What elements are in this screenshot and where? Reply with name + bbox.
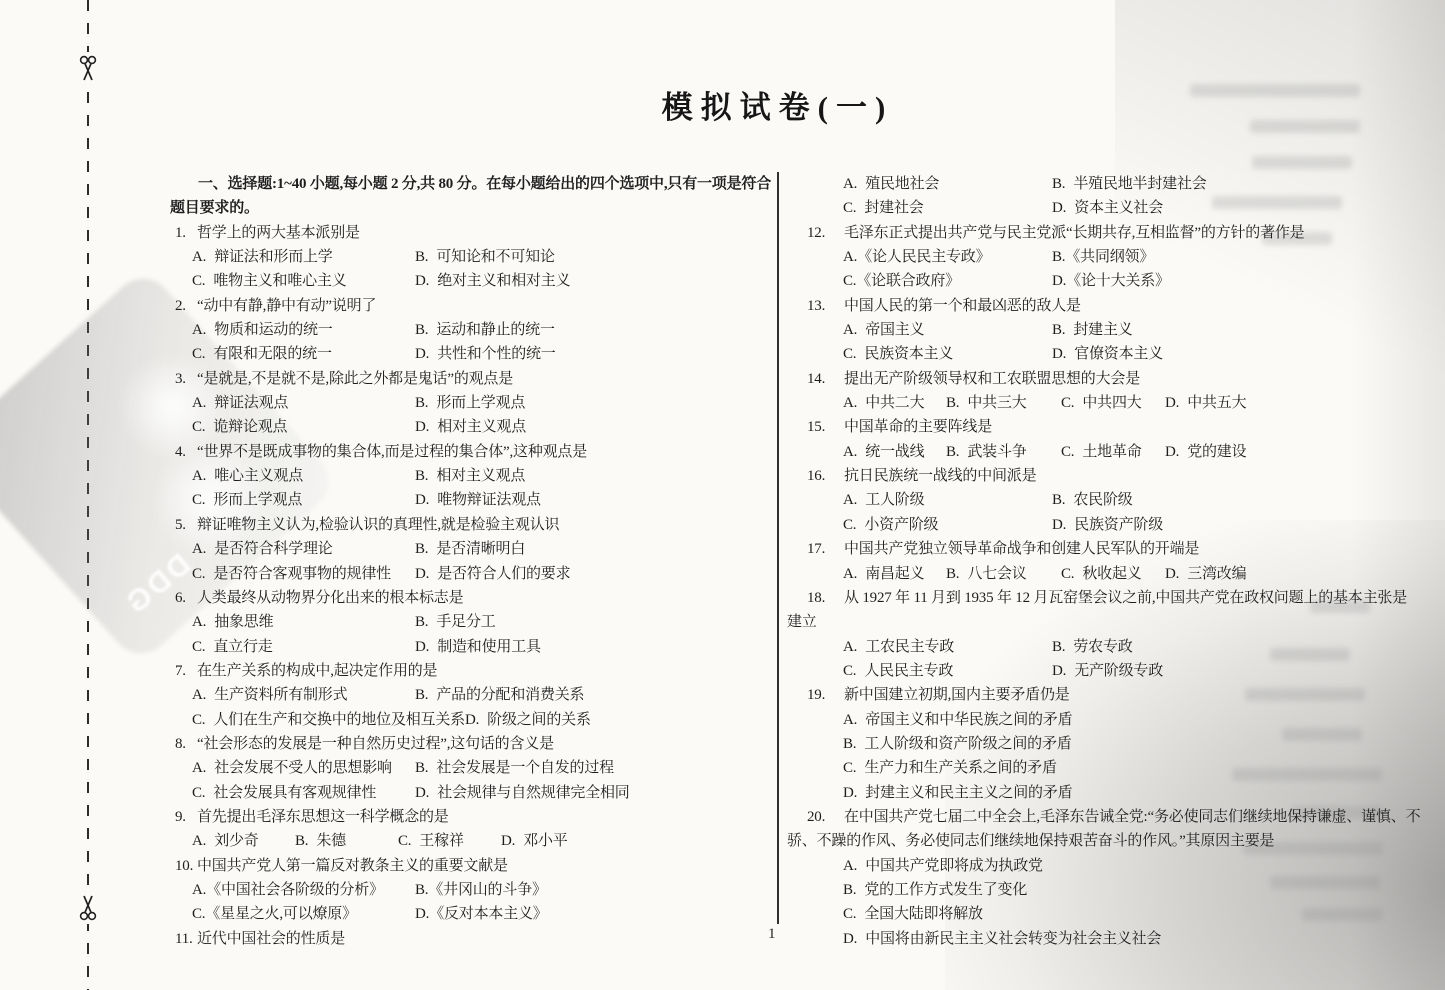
question-text: “动中有静,静中有动”说明了: [197, 298, 376, 314]
option-text: 《星星之火,可以燎原》: [205, 906, 357, 922]
option-text: 封建主义和民主主义之间的矛盾: [865, 785, 1072, 801]
option-text: 《中国社会各阶级的分析》: [206, 882, 384, 898]
option-D: D.绝对主义和相对主义: [415, 269, 570, 293]
option-D: D.党的建设: [1165, 440, 1246, 464]
left-column: 一、选择题:1~40 小题,每小题 2 分,共 80 分。在每小题给出的四个选项…: [170, 172, 770, 951]
option-B: B.武装斗争: [946, 440, 1061, 464]
option-B: B.社会发展是一个自发的过程: [415, 756, 614, 780]
option-label: C.: [843, 906, 856, 922]
options-row: C.封建社会D.资本主义社会: [787, 196, 1349, 220]
option-text: 共性和个性的统一: [437, 346, 555, 362]
option-text: 八七会议: [967, 566, 1026, 582]
option-A: A.辩证法和形而上学: [192, 245, 415, 269]
question-line: 9.首先提出毛泽东思想这一科学概念的是: [170, 805, 770, 829]
option-D: D.阶级之间的关系: [465, 708, 591, 732]
option-text: 生产资料所有制形式: [214, 687, 347, 703]
question-text: 近代中国社会的性质是: [197, 931, 345, 947]
option-label: B.: [415, 249, 428, 265]
options-row: C.《论联合政府》D.《论十大关系》: [787, 269, 1349, 293]
option-label: A.: [192, 249, 206, 265]
option-A: A.生产资料所有制形式: [192, 683, 415, 707]
question-line: 17.中国共产党独立领导革命战争和创建人民军队的开端是: [787, 537, 1349, 561]
option-D: D.民族资产阶级: [1052, 513, 1163, 537]
options-continuation: A.殖民地社会B.半殖民地半封建社会C.封建社会D.资本主义社会: [787, 172, 1349, 221]
option-text: 南昌起义: [865, 566, 924, 582]
option-A: A.工农民主专政: [843, 635, 1052, 659]
question-line: 15.中国革命的主要阵线是: [787, 415, 1349, 439]
option-text: 相对主义观点: [436, 468, 525, 484]
option-text: 《井冈山的斗争》: [428, 882, 546, 898]
question-text: 中国革命的主要阵线是: [844, 419, 992, 435]
option-label: D.: [1052, 273, 1066, 289]
question-number: 13.: [807, 294, 844, 318]
option-text: 运动和静止的统一: [436, 322, 554, 338]
question-13: 13.中国人民的第一个和最凶恶的敌人是A.帝国主义B.封建主义C.民族资本主义D…: [787, 294, 1349, 367]
option-B: B.农民阶级: [1052, 488, 1133, 512]
option-text: 社会发展是一个自发的过程: [436, 760, 614, 776]
question-8: 8.“社会形态的发展是一种自然历史过程”,这句话的含义是A.社会发展不受人的思想…: [170, 732, 770, 805]
option-label: C.: [843, 200, 856, 216]
option-C: C.秋收起义: [1061, 562, 1165, 586]
question-text-continuation: 骄、不躁的作风、务必使同志们继续地保持艰苦奋斗的作风。”其原因主要是: [787, 829, 1349, 853]
option-B: B.劳农专政: [1052, 635, 1133, 659]
option-C: C.唯物主义和唯心主义: [192, 269, 415, 293]
option-label: A.: [192, 760, 206, 776]
option-A: A.社会发展不受人的思想影响: [192, 756, 415, 780]
option-text: 中国共产党即将成为执政党: [865, 858, 1043, 874]
option-text: 社会发展具有客观规律性: [213, 785, 376, 801]
options-row: A.中共二大B.中共三大C.中共四大D.中共五大: [787, 391, 1349, 415]
options-row: A.南昌起义B.八七会议C.秋收起义D.三湾改编: [787, 562, 1349, 586]
option-text: 中共三大: [967, 395, 1026, 411]
option-C: C.形而上学观点: [192, 488, 415, 512]
question-text: 辩证唯物主义认为,检验认识的真理性,就是检验主观认识: [197, 517, 559, 533]
option-text: 邓小平: [523, 833, 567, 849]
option-text: 社会发展不受人的思想影响: [214, 760, 392, 776]
option-label: C.: [192, 785, 205, 801]
column-divider: [777, 172, 779, 924]
option-text: 半殖民地半封建社会: [1073, 176, 1206, 192]
option-label: A.: [843, 566, 857, 582]
options-row: C.直立行走D.制造和使用工具: [170, 635, 770, 659]
option-label: D.: [501, 833, 515, 849]
option-C: C.诡辩论观点: [192, 415, 415, 439]
option-text: 中共五大: [1187, 395, 1246, 411]
option-label: D.: [843, 931, 857, 947]
options-row: A.帝国主义和中华民族之间的矛盾: [787, 708, 1349, 732]
options-row: A.工农民主专政B.劳农专政: [787, 635, 1349, 659]
option-label: A.: [843, 322, 857, 338]
question-text: 在生产关系的构成中,起决定作用的是: [197, 663, 437, 679]
option-C: C.人们在生产和交换中的地位及相互关系: [192, 708, 465, 732]
option-label: C.: [843, 517, 856, 533]
option-A: A.中国共产党即将成为执政党: [843, 854, 1043, 878]
option-A: A.唯心主义观点: [192, 464, 415, 488]
option-C: C.社会发展具有客观规律性: [192, 781, 415, 805]
scissors-icon: [76, 892, 100, 924]
option-label: C.: [192, 566, 205, 582]
option-label: B.: [415, 468, 428, 484]
option-B: B.相对主义观点: [415, 464, 525, 488]
question-number: 20.: [807, 805, 844, 829]
options-row: A.抽象思维B.手足分工: [170, 610, 770, 634]
option-A: A.辩证法观点: [192, 391, 415, 415]
question-number: 19.: [807, 683, 844, 707]
option-text: 小资产阶级: [864, 517, 938, 533]
option-D: D.中国将由新民主主义社会转变为社会主义社会: [843, 927, 1161, 951]
option-text: 有限和无限的统一: [213, 346, 331, 362]
question-number: 12.: [807, 221, 844, 245]
question-number: 3.: [175, 367, 197, 391]
option-D: D.资本主义社会: [1052, 196, 1163, 220]
options-row: A.帝国主义B.封建主义: [787, 318, 1349, 342]
options-row: C.生产力和生产关系之间的矛盾: [787, 756, 1349, 780]
question-text: 哲学上的两大基本派别是: [197, 225, 360, 241]
option-B: B.封建主义: [1052, 318, 1133, 342]
question-number: 2.: [175, 294, 197, 318]
option-text: 辩证法观点: [214, 395, 288, 411]
question-number: 4.: [175, 440, 197, 464]
question-11: 11.近代中国社会的性质是: [170, 927, 770, 951]
option-text: 唯物主义和唯心主义: [213, 273, 346, 289]
option-text: 抽象思维: [214, 614, 273, 630]
option-text: 殖民地社会: [865, 176, 939, 192]
option-text: 帝国主义和中华民族之间的矛盾: [865, 712, 1072, 728]
option-label: D.: [843, 785, 857, 801]
option-label: C.: [1061, 444, 1074, 460]
question-number: 8.: [175, 732, 197, 756]
question-line: 11.近代中国社会的性质是: [170, 927, 770, 951]
question-18: 18.从 1927 年 11 月到 1935 年 12 月瓦窑堡会议之前,中国共…: [787, 586, 1349, 683]
option-label: B.: [415, 541, 428, 557]
question-19: 19.新中国建立初期,国内主要矛盾仍是A.帝国主义和中华民族之间的矛盾B.工人阶…: [787, 683, 1349, 805]
question-text: “是就是,不是就不是,除此之外都是鬼话”的观点是: [197, 371, 513, 387]
question-number: 14.: [807, 367, 844, 391]
option-C: C.人民民主专政: [843, 659, 1052, 683]
question-number: 11.: [175, 927, 197, 951]
option-D: D.共性和个性的统一: [415, 342, 556, 366]
option-D: D.官僚资本主义: [1052, 342, 1163, 366]
question-line: 18.从 1927 年 11 月到 1935 年 12 月瓦窑堡会议之前,中国共…: [787, 586, 1349, 610]
option-label: D.: [1052, 346, 1066, 362]
option-text: 辩证法和形而上学: [214, 249, 332, 265]
question-text: 抗日民族统一战线的中间派是: [844, 468, 1036, 484]
option-text: 制造和使用工具: [437, 639, 541, 655]
option-label: C.: [843, 273, 856, 289]
option-label: D.: [1052, 663, 1066, 679]
question-text: 中国人民的第一个和最凶恶的敌人是: [844, 298, 1081, 314]
option-label: A.: [192, 882, 206, 898]
options-row: D.中国将由新民主主义社会转变为社会主义社会: [787, 927, 1349, 951]
option-label: B.: [415, 395, 428, 411]
option-label: A.: [192, 468, 206, 484]
option-D: D.封建主义和民主主义之间的矛盾: [843, 781, 1072, 805]
option-label: D.: [415, 785, 429, 801]
option-label: C.: [192, 273, 205, 289]
question-text-continuation: 建立: [787, 610, 1349, 634]
question-2: 2.“动中有静,静中有动”说明了A.物质和运动的统一B.运动和静止的统一C.有限…: [170, 294, 770, 367]
question-3: 3.“是就是,不是就不是,除此之外都是鬼话”的观点是A.辩证法观点B.形而上学观…: [170, 367, 770, 440]
option-D: D.相对主义观点: [415, 415, 526, 439]
option-D: D.是否符合人们的要求: [415, 562, 570, 586]
option-label: B.: [415, 760, 428, 776]
option-text: 三湾改编: [1187, 566, 1246, 582]
section-header-line: 题目要求的。: [170, 196, 770, 220]
options-row: A.《论人民民主专政》B.《共同纲领》: [787, 245, 1349, 269]
options-row: A.工人阶级B.农民阶级: [787, 488, 1349, 512]
option-label: D.: [415, 273, 429, 289]
question-number: 5.: [175, 513, 197, 537]
option-text: 民族资产阶级: [1074, 517, 1163, 533]
option-B: B.形而上学观点: [415, 391, 525, 415]
option-text: 官僚资本主义: [1074, 346, 1163, 362]
section-header-line: 一、选择题:1~40 小题,每小题 2 分,共 80 分。在每小题给出的四个选项…: [170, 172, 770, 196]
option-label: D.: [1052, 200, 1066, 216]
option-B: B.产品的分配和消费关系: [415, 683, 584, 707]
option-label: D.: [415, 492, 429, 508]
option-C: C.土地革命: [1061, 440, 1165, 464]
option-label: B.: [1052, 176, 1065, 192]
option-label: B.: [843, 882, 856, 898]
option-A: A.帝国主义: [843, 318, 1052, 342]
option-label: B.: [843, 736, 856, 752]
option-B: B.《共同纲领》: [1052, 245, 1154, 269]
option-text: 手足分工: [436, 614, 495, 630]
section-header: 一、选择题:1~40 小题,每小题 2 分,共 80 分。在每小题给出的四个选项…: [170, 172, 770, 221]
question-text: 毛泽东正式提出共产党与民主党派“长期共存,互相监督”的方针的著作是: [844, 225, 1304, 241]
option-label: B.: [946, 566, 959, 582]
option-B: B.可知论和不可知论: [415, 245, 555, 269]
option-text: 农民阶级: [1073, 492, 1132, 508]
question-line: 14.提出无产阶级领导权和工农联盟思想的大会是: [787, 367, 1349, 391]
option-label: A.: [843, 858, 857, 874]
question-14: 14.提出无产阶级领导权和工农联盟思想的大会是A.中共二大B.中共三大C.中共四…: [787, 367, 1349, 416]
option-D: D.三湾改编: [1165, 562, 1246, 586]
option-A: A.殖民地社会: [843, 172, 1052, 196]
question-number: 7.: [175, 659, 197, 683]
option-A: A.《中国社会各阶级的分析》: [192, 878, 415, 902]
question-number: 15.: [807, 415, 844, 439]
option-C: C.封建社会: [843, 196, 1052, 220]
option-A: A.刘少奇: [192, 829, 295, 853]
option-text: 是否符合客观事物的规律性: [213, 566, 391, 582]
option-label: A.: [843, 249, 857, 265]
option-text: 是否清晰明白: [436, 541, 525, 557]
option-text: 人民民主专政: [864, 663, 953, 679]
option-text: 中共四大: [1082, 395, 1141, 411]
option-C: C.小资产阶级: [843, 513, 1052, 537]
option-text: 无产阶级专政: [1074, 663, 1163, 679]
question-text: 提出无产阶级领导权和工农联盟思想的大会是: [844, 371, 1140, 387]
option-text: 相对主义观点: [437, 419, 526, 435]
option-text: 劳农专政: [1073, 639, 1132, 655]
question-text: 人类最终从动物界分化出来的根本标志是: [197, 590, 463, 606]
option-text: 工农民主专政: [865, 639, 954, 655]
options-row: C.唯物主义和唯心主义D.绝对主义和相对主义: [170, 269, 770, 293]
option-text: 王稼祥: [419, 833, 463, 849]
question-line: 20.在中国共产党七届二中全会上,毛泽东告诫全党:“务必使同志们继续地保持谦虚、…: [787, 805, 1349, 829]
question-number: 1.: [175, 221, 197, 245]
options-row: D.封建主义和民主主义之间的矛盾: [787, 781, 1349, 805]
option-C: C.民族资本主义: [843, 342, 1052, 366]
option-label: D.: [415, 639, 429, 655]
question-5: 5.辩证唯物主义认为,检验认识的真理性,就是检验主观认识A.是否符合科学理论B.…: [170, 513, 770, 586]
question-number: 10.: [175, 854, 197, 878]
question-4: 4.“世界不是既成事物的集合体,而是过程的集合体”,这种观点是A.唯心主义观点B…: [170, 440, 770, 513]
option-text: 是否符合人们的要求: [437, 566, 570, 582]
option-B: B.八七会议: [946, 562, 1061, 586]
right-column: A.殖民地社会B.半殖民地半封建社会C.封建社会D.资本主义社会12.毛泽东正式…: [787, 172, 1349, 951]
option-label: A.: [843, 395, 857, 411]
question-text: 中国共产党人第一篇反对教条主义的重要文献是: [197, 858, 508, 874]
option-label: B.: [295, 833, 308, 849]
option-label: B.: [1052, 639, 1065, 655]
option-label: B.: [415, 322, 428, 338]
option-text: 秋收起义: [1082, 566, 1141, 582]
option-B: B.是否清晰明白: [415, 537, 525, 561]
option-text: 绝对主义和相对主义: [437, 273, 570, 289]
option-text: 形而上学观点: [436, 395, 525, 411]
option-label: C.: [192, 906, 205, 922]
option-B: B.中共三大: [946, 391, 1061, 415]
option-label: C.: [192, 712, 205, 728]
option-D: D.社会规律与自然规律完全相同: [415, 781, 630, 805]
option-text: 土地革命: [1082, 444, 1141, 460]
option-text: 是否符合科学理论: [214, 541, 332, 557]
scissors-icon: [76, 52, 100, 84]
option-text: 民族资本主义: [864, 346, 953, 362]
question-line: 16.抗日民族统一战线的中间派是: [787, 464, 1349, 488]
options-row: A.辩证法和形而上学B.可知论和不可知论: [170, 245, 770, 269]
option-A: A.是否符合科学理论: [192, 537, 415, 561]
option-text: 形而上学观点: [213, 492, 302, 508]
option-text: 物质和运动的统一: [214, 322, 332, 338]
option-label: A.: [192, 541, 206, 557]
option-B: B.工人阶级和资产阶级之间的矛盾: [843, 732, 1072, 756]
option-label: A.: [192, 687, 206, 703]
question-number: 18.: [807, 586, 844, 610]
option-D: D.《论十大关系》: [1052, 269, 1170, 293]
option-C: C.有限和无限的统一: [192, 342, 415, 366]
question-line: 12.毛泽东正式提出共产党与民主党派“长期共存,互相监督”的方针的著作是: [787, 221, 1349, 245]
option-label: A.: [843, 492, 857, 508]
option-text: 《反对本本主义》: [429, 906, 547, 922]
question-line: 7.在生产关系的构成中,起决定作用的是: [170, 659, 770, 683]
option-C: C.直立行走: [192, 635, 415, 659]
option-label: A.: [843, 176, 857, 192]
option-label: C.: [398, 833, 411, 849]
question-17: 17.中国共产党独立领导革命战争和创建人民军队的开端是A.南昌起义B.八七会议C…: [787, 537, 1349, 586]
option-label: B.: [946, 395, 959, 411]
option-text: 工人阶级和资产阶级之间的矛盾: [864, 736, 1071, 752]
option-label: C.: [843, 663, 856, 679]
option-text: 资本主义社会: [1074, 200, 1163, 216]
option-label: D.: [1165, 566, 1179, 582]
option-label: B.: [1052, 322, 1065, 338]
option-A: A.抽象思维: [192, 610, 415, 634]
question-text: 从 1927 年 11 月到 1935 年 12 月瓦窑堡会议之前,中国共产党在…: [844, 590, 1407, 606]
question-text: 首先提出毛泽东思想这一科学概念的是: [197, 809, 449, 825]
question-line: 3.“是就是,不是就不是,除此之外都是鬼话”的观点是: [170, 367, 770, 391]
option-text: 中国将由新民主主义社会转变为社会主义社会: [865, 931, 1161, 947]
option-text: 唯物辩证法观点: [437, 492, 541, 508]
option-text: 《论十大关系》: [1066, 273, 1170, 289]
option-text: 阶级之间的关系: [487, 712, 591, 728]
question-9: 9.首先提出毛泽东思想这一科学概念的是A.刘少奇B.朱德C.王稼祥D.邓小平: [170, 805, 770, 854]
options-row: C.民族资本主义D.官僚资本主义: [787, 342, 1349, 366]
option-text: 封建社会: [864, 200, 923, 216]
option-label: D.: [1165, 395, 1179, 411]
question-line: 2.“动中有静,静中有动”说明了: [170, 294, 770, 318]
option-text: 武装斗争: [967, 444, 1026, 460]
options-row: A.统一战线B.武装斗争C.土地革命D.党的建设: [787, 440, 1349, 464]
option-D: D.无产阶级专政: [1052, 659, 1163, 683]
option-label: A.: [843, 639, 857, 655]
option-text: 朱德: [316, 833, 346, 849]
question-20: 20.在中国共产党七届二中全会上,毛泽东告诫全党:“务必使同志们继续地保持谦虚、…: [787, 805, 1349, 951]
question-1: 1.哲学上的两大基本派别是A.辩证法和形而上学B.可知论和不可知论C.唯物主义和…: [170, 221, 770, 294]
option-text: 社会规律与自然规律完全相同: [437, 785, 629, 801]
options-row: C.《星星之火,可以燎原》D.《反对本本主义》: [170, 902, 770, 926]
option-label: D.: [415, 566, 429, 582]
question-line: 4.“世界不是既成事物的集合体,而是过程的集合体”,这种观点是: [170, 440, 770, 464]
option-D: D.中共五大: [1165, 391, 1246, 415]
option-label: D.: [465, 712, 479, 728]
option-B: B.手足分工: [415, 610, 496, 634]
option-text: 统一战线: [865, 444, 924, 460]
option-label: A.: [192, 614, 206, 630]
options-row: C.社会发展具有客观规律性D.社会规律与自然规律完全相同: [170, 781, 770, 805]
option-label: D.: [415, 419, 429, 435]
option-text: 人们在生产和交换中的地位及相互关系: [213, 712, 465, 728]
option-text: 《论人民民主专政》: [857, 249, 990, 265]
option-label: D.: [1052, 517, 1066, 533]
option-A: A.物质和运动的统一: [192, 318, 415, 342]
question-line: 1.哲学上的两大基本派别是: [170, 221, 770, 245]
options-row: C.全国大陆即将解放: [787, 902, 1349, 926]
option-A: A.工人阶级: [843, 488, 1052, 512]
option-C: C.《星星之火,可以燎原》: [192, 902, 415, 926]
option-text: 直立行走: [213, 639, 272, 655]
option-D: D.制造和使用工具: [415, 635, 541, 659]
option-A: A.统一战线: [843, 440, 946, 464]
option-label: C.: [843, 346, 856, 362]
option-text: 全国大陆即将解放: [864, 906, 982, 922]
option-text: 中共二大: [865, 395, 924, 411]
option-C: C.王稼祥: [398, 829, 501, 853]
option-label: B.: [946, 444, 959, 460]
option-label: D.: [1165, 444, 1179, 460]
question-text: 中国共产党独立领导革命战争和创建人民军队的开端是: [844, 541, 1199, 557]
option-text: 《论联合政府》: [856, 273, 960, 289]
question-line: 13.中国人民的第一个和最凶恶的敌人是: [787, 294, 1349, 318]
question-12: 12.毛泽东正式提出共产党与民主党派“长期共存,互相监督”的方针的著作是A.《论…: [787, 221, 1349, 294]
option-label: D.: [415, 906, 429, 922]
option-label: C.: [192, 639, 205, 655]
page-title: 模拟试卷(一): [110, 82, 1445, 127]
option-label: B.: [1052, 492, 1065, 508]
question-line: 8.“社会形态的发展是一种自然历史过程”,这句话的含义是: [170, 732, 770, 756]
options-row: B.党的工作方式发生了变化: [787, 878, 1349, 902]
option-B: B.半殖民地半封建社会: [1052, 172, 1207, 196]
option-text: 刘少奇: [214, 833, 258, 849]
option-label: C.: [192, 346, 205, 362]
question-line: 19.新中国建立初期,国内主要矛盾仍是: [787, 683, 1349, 707]
question-number: 9.: [175, 805, 197, 829]
options-row: A.刘少奇B.朱德C.王稼祥D.邓小平: [170, 829, 770, 853]
question-number: 16.: [807, 464, 844, 488]
question-line: 10.中国共产党人第一篇反对教条主义的重要文献是: [170, 854, 770, 878]
